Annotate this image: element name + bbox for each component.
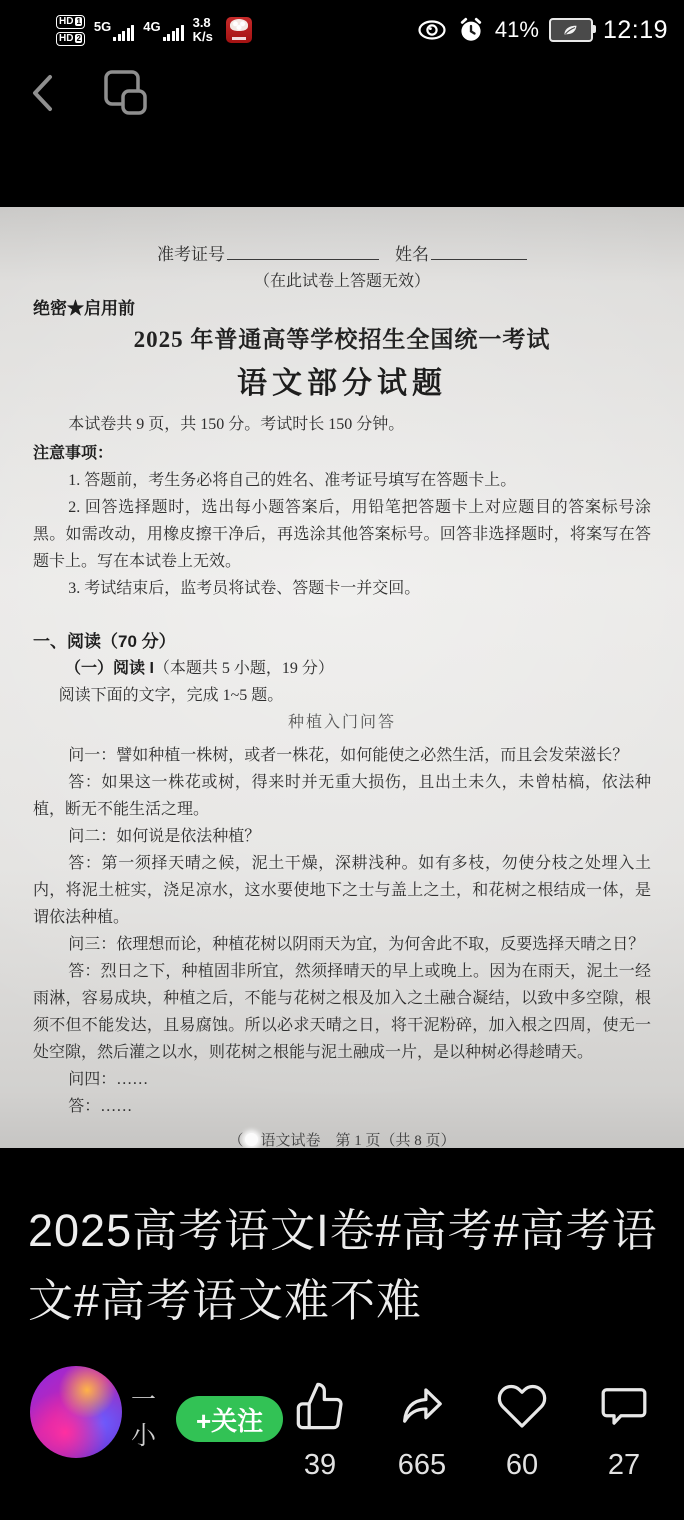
answer-4: 答：……: [33, 1093, 651, 1120]
network-sim1: 5G: [94, 19, 134, 41]
comment-count: 27: [582, 1449, 666, 1482]
heart-icon: [496, 1380, 548, 1432]
network-type-label: 4G: [143, 19, 160, 34]
clock-time: 12:19: [603, 16, 668, 45]
battery-saver-icon: [549, 18, 593, 42]
status-right-cluster: 41% 12:19: [417, 16, 668, 45]
like-button[interactable]: 39: [278, 1380, 362, 1482]
notice-item: 2. 回答选择题时，选出每小题答案后，用铅笔把答题卡上对应题目的答案标号涂黑。如…: [33, 494, 651, 575]
favorite-count: 60: [480, 1449, 564, 1482]
network-sim2: 4G: [143, 19, 183, 41]
alarm-icon: [457, 16, 485, 44]
paper-footer: （语文试卷 第 1 页（共 8 页）: [33, 1128, 651, 1148]
hd1-badge: HD1: [56, 15, 85, 29]
answer-1: 答：如果这一株花或树，得来时并无重大损伤，且出土未久，未曾枯槁，依法种植，断无不…: [33, 769, 651, 823]
passage-title: 种植入门问答: [33, 709, 651, 736]
blurred-mark: [245, 1133, 258, 1146]
question-2: 问二：如何说是依法种植？: [33, 823, 651, 850]
notice-item: 3. 考试结束后，监考员将试卷、答题卡一并交回。: [33, 575, 651, 602]
question-1: 问一：譬如种植一株树，或者一株花，如何能使之必然生活，而且会发荣滋长？: [33, 742, 651, 769]
share-button[interactable]: 665: [380, 1380, 464, 1482]
candidate-no-label: 准考证号: [157, 241, 225, 268]
battery-percentage: 41%: [495, 17, 539, 43]
follow-button[interactable]: +关注: [176, 1396, 283, 1442]
share-count: 665: [380, 1449, 464, 1482]
status-bar: HD1 HD2 5G 4G 3.8 K/s: [0, 0, 684, 56]
subsection-title: （一）阅读 I（本题共 5 小题，19 分）: [33, 655, 651, 682]
question-3: 问三：依理想而论，种植花树以阴雨天为宜，为何舍此不取，反要选择天晴之日？: [33, 931, 651, 958]
notification-app-icon: [226, 17, 252, 43]
secrecy-label: 绝密★启用前: [33, 295, 651, 322]
signal-bars-icon: [113, 25, 134, 41]
exam-title: 2025 年普通高等学校招生全国统一考试: [33, 322, 651, 358]
signal-bars-icon: [163, 25, 184, 41]
eye-protection-icon: [417, 19, 447, 41]
floating-window-button[interactable]: [100, 64, 152, 127]
exam-paper-image[interactable]: 准考证号姓名 （在此试卷上答题无效） 绝密★启用前 2025 年普通高等学校招生…: [0, 207, 684, 1148]
candidate-no-blank: [227, 242, 379, 260]
notice-item: 1. 答题前，考生务必将自己的姓名、准考证号填写在答题卡上。: [33, 467, 651, 494]
reading-instruction: 阅读下面的文字，完成 1~5 题。: [33, 682, 651, 709]
thumbs-up-icon: [294, 1380, 346, 1432]
comment-bubble-icon: [598, 1380, 650, 1432]
registration-row: 准考证号姓名: [33, 241, 651, 268]
answer-3: 答：烈日之下，种植固非所宜，然须择晴天的早上或晚上。因为在雨天，泥土一经雨淋，容…: [33, 958, 651, 1066]
network-type-label: 5G: [94, 19, 111, 34]
exam-info: 本试卷共 9 页，共 150 分。考试时长 150 分钟。: [33, 410, 651, 440]
back-button[interactable]: [26, 70, 60, 121]
paper-title: 语文部分试题: [33, 358, 651, 410]
post-caption: 2025高考语文I卷#高考#高考语文#高考语文难不难: [28, 1196, 660, 1336]
hd-badges: HD1 HD2: [56, 15, 85, 46]
answer-2: 答：第一须择天晴之候，泥土干燥，深耕浅种。如有多枝，勿使分枝之处埋入土内，将泥土…: [33, 850, 651, 931]
picture-in-picture-icon: [100, 64, 152, 122]
hd2-badge: HD2: [56, 32, 85, 46]
favorite-button[interactable]: 60: [480, 1380, 564, 1482]
like-count: 39: [278, 1449, 362, 1482]
status-left-cluster: HD1 HD2 5G 4G 3.8 K/s: [56, 15, 252, 46]
notice-title: 注意事项：: [33, 440, 651, 467]
name-blank: [431, 242, 527, 260]
comment-button[interactable]: 27: [582, 1380, 666, 1482]
chevron-left-icon: [26, 70, 60, 116]
share-arrow-icon: [396, 1380, 448, 1432]
engagement-bar: 一 小 +关注 39 665 60 27: [0, 1362, 684, 1512]
invalid-note: （在此试卷上答题无效）: [33, 268, 651, 295]
network-speed: 3.8 K/s: [193, 16, 213, 44]
name-label: 姓名: [395, 241, 429, 268]
section-title: 一、阅读（70 分）: [33, 628, 651, 655]
question-4: 问四：……: [33, 1066, 651, 1093]
author-avatar[interactable]: [30, 1366, 122, 1458]
